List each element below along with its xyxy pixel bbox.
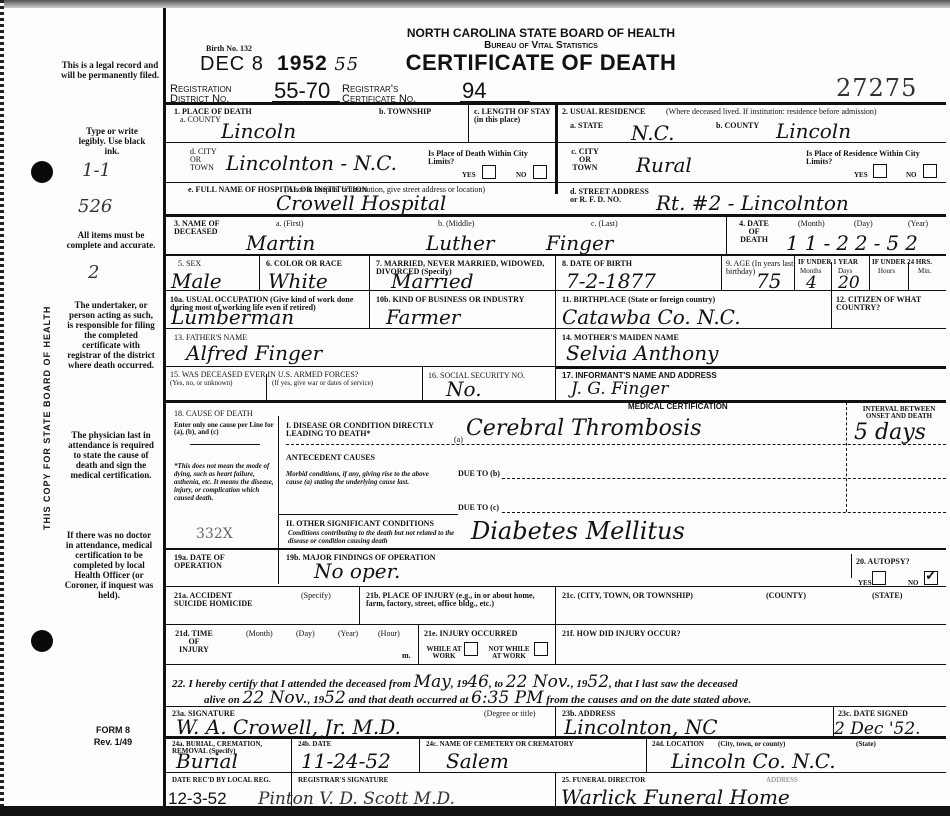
registrar-certificate-label: Registrar's Certificate No.: [342, 84, 416, 104]
divider: [369, 254, 370, 290]
interval-a-value: 5 days: [854, 422, 926, 444]
injury-not-at-work-checkbox[interactable]: [534, 642, 548, 656]
death-within-city-label: Is Place of Death Within City Limits?: [428, 150, 552, 166]
other-conditions-hint: Conditions contributing to the death but…: [288, 529, 468, 545]
residence-state-value: N.C.: [631, 122, 675, 144]
divider: [468, 102, 469, 142]
burial-location-label: 24d. LOCATION: [652, 741, 704, 748]
first-name-label: a. (First): [276, 220, 304, 228]
injury-state-label: (STATE): [872, 592, 902, 600]
no-label: NO: [516, 172, 527, 179]
no-label: NO: [906, 172, 917, 179]
divider: [166, 400, 946, 403]
degree-label: (Degree or title): [484, 710, 536, 718]
due-to-c-label: DUE TO (c): [458, 504, 499, 512]
death-certificate-page: This is a legal record and will be perma…: [0, 0, 950, 816]
margin-handwriting-2: 526: [78, 196, 112, 217]
residence-county-label: b. COUNTY: [716, 122, 759, 130]
certificate-title: CERTIFICATE OF DEATH: [391, 50, 691, 76]
armed-forces-service-hint: (If yes, give war or dates of service): [272, 380, 373, 387]
burial-date-value: 11-24-52: [301, 750, 391, 772]
hospital-value: Crowell Hospital: [276, 192, 446, 214]
residence-city-value: Rural: [636, 154, 692, 176]
divider: [555, 772, 556, 806]
antecedent-hint: Morbid conditions, if any, giving rise t…: [286, 470, 446, 486]
margin-handwriting-3: 2: [88, 262, 99, 283]
at-work-label: WHILE AT WORK: [424, 646, 464, 660]
registration-district-label: Registration District No.: [170, 84, 232, 104]
divider: [831, 290, 832, 328]
death-date-label: 4. DATE OF DEATH: [734, 220, 774, 244]
divider: [419, 736, 420, 772]
divider: [166, 142, 555, 143]
divider: [166, 328, 946, 329]
burial-date-label: 24b. DATE: [298, 741, 331, 748]
divider: [555, 586, 556, 664]
page-bottom-edge: [0, 806, 950, 816]
divider: [278, 416, 279, 548]
sex-value: Male: [171, 270, 222, 292]
cause-a-marker: (a): [454, 436, 463, 444]
divider: [794, 254, 795, 290]
divider: [555, 182, 946, 183]
last-name-label: c. (Last): [591, 220, 618, 228]
sex-label: 5. SEX: [178, 260, 201, 268]
due-to-b-label: DUE TO (b): [458, 470, 500, 478]
divider: [418, 624, 419, 664]
burial-state-label: (State): [856, 741, 876, 748]
date-signed-label: 23c. DATE SIGNED: [838, 710, 908, 718]
punch-hole-icon: [31, 161, 53, 183]
divider: [166, 254, 946, 256]
divider: [721, 254, 722, 290]
month-label: (Month): [798, 220, 825, 228]
other-conditions-label: II. OTHER SIGNIFICANT CONDITIONS: [286, 520, 434, 528]
death-within-city-no-checkbox[interactable]: [533, 165, 547, 179]
divider: [166, 706, 946, 707]
margin-handwriting-1: 1-1: [82, 160, 111, 181]
informant-value: J. G. Finger: [571, 378, 668, 400]
citizenship-label: 12. CITIZEN OF WHAT COUNTRY?: [836, 296, 946, 312]
burial-location-value: Lincoln Co. N.C.: [671, 750, 836, 772]
place-of-injury-label: 21b. PLACE OF INJURY (e.g., in or about …: [366, 592, 546, 608]
business-label: 10b. KIND OF BUSINESS OR INDUSTRY: [376, 296, 556, 304]
medical-certification-title: MEDICAL CERTIFICATION: [628, 403, 728, 411]
county-label: a. COUNTY: [180, 116, 221, 124]
death-city-value: Lincolnton - N.C.: [226, 152, 397, 174]
funeral-director-label: 25. FUNERAL DIRECTOR: [562, 777, 645, 784]
father-name-value: Alfred Finger: [186, 342, 322, 364]
injury-county-label: (COUNTY): [766, 592, 806, 600]
death-time-value: 6:35 PM: [471, 688, 543, 708]
birthplace-value: Catawba Co. N.C.: [562, 306, 741, 328]
divider: [851, 554, 852, 578]
divider: [422, 366, 423, 400]
stamp-year: 1952: [277, 52, 328, 75]
hours-label: Hours: [878, 268, 895, 275]
divider: [166, 214, 946, 217]
under-1-year-label: IF UNDER 1 YEAR: [798, 259, 858, 266]
legal-record-note: This is a legal record and will be perma…: [60, 60, 160, 80]
birthplace-label: 11. BIRTHPLACE (State or foreign country…: [562, 296, 715, 304]
type-legibly-note: Type or write legibly. Use black ink.: [72, 126, 152, 156]
deceased-last-name: Finger: [546, 232, 613, 254]
certificate-form: Birth No. 132 DEC 8 1952 55 NORTH CAROLI…: [163, 8, 943, 806]
stamp-suffix: 55: [334, 54, 359, 75]
not-at-work-label: NOT WHILE AT WORK: [486, 646, 532, 660]
disease-label: I. DISEASE OR CONDITION DIRECTLY LEADING…: [286, 422, 456, 438]
form-id: FORM 8: [88, 724, 138, 736]
marital-status-value: Married: [391, 270, 474, 292]
armed-forces-hint: (Yes, no, or unknown): [170, 380, 232, 387]
specify-label: (Specify): [301, 592, 331, 600]
dob-label: 8. DATE OF BIRTH: [562, 260, 632, 268]
township-label: b. TOWNSHIP: [379, 108, 431, 116]
divider: [369, 290, 370, 328]
divider: [190, 444, 260, 445]
divider: [166, 182, 555, 183]
board-name: NORTH CAROLINA STATE BOARD OF HEALTH: [391, 26, 691, 40]
injury-type-label: 21a. ACCIDENT SUICIDE HOMICIDE: [174, 592, 254, 608]
death-county-value: Lincoln: [221, 120, 296, 142]
divider: [869, 254, 870, 290]
how-injury-occurred-label: 21f. HOW DID INJURY OCCUR?: [562, 630, 681, 638]
physician-signature: W. A. Crowell, Jr. M.D.: [176, 716, 401, 738]
operation-findings-value: No oper.: [314, 560, 400, 582]
divider: [555, 254, 556, 290]
residence-city-label: c. CITY OR TOWN: [570, 148, 600, 172]
time-of-injury-label: 21d. TIME OF INJURY: [174, 630, 214, 654]
received-date-stamp: DEC 8 1952 55: [200, 52, 359, 76]
burial-location-hint: (City, town, or county): [718, 741, 785, 748]
age-years-value: 75: [756, 270, 781, 292]
divider: [259, 254, 260, 290]
divider: [166, 772, 946, 773]
residence-within-city-yes-checkbox[interactable]: [873, 164, 887, 178]
divider: [555, 142, 946, 143]
complete-accurate-note: All items must be complete and accurate.: [66, 230, 156, 250]
divider: [726, 214, 727, 254]
divider: [166, 624, 946, 625]
divider: [278, 548, 279, 584]
funeral-director-value: Warlick Funeral Home: [561, 786, 790, 808]
month-label: (Month): [246, 630, 273, 638]
divider: [266, 374, 267, 400]
street-address-label: d. STREET ADDRESS or R. F. D. NO.: [570, 188, 650, 204]
alive-on-year: 52: [324, 688, 346, 708]
middle-name-label: b. (Middle): [438, 220, 474, 228]
residence-state-label: a. STATE: [570, 122, 603, 130]
operation-date-label: 19a. DATE OF OPERATION: [174, 554, 274, 570]
cause-code: 332X: [196, 526, 233, 542]
usual-residence-hint: (Where deceased lived. If institution: r…: [666, 108, 877, 116]
injury-at-work-checkbox[interactable]: [464, 642, 478, 656]
injury-city-label: 21c. (CITY, TOWN, OR TOWNSHIP): [562, 592, 693, 600]
cemetery-value: Salem: [446, 750, 509, 772]
year-label: (Year): [338, 630, 358, 638]
cause-b-line: [502, 478, 946, 479]
cause-c-line: [502, 512, 946, 513]
undertaker-note: The undertaker, or person acting as such…: [66, 300, 156, 370]
disposition-value: Burial: [176, 750, 238, 772]
ssn-value: No.: [446, 378, 482, 400]
hour-label: (Hour): [378, 630, 400, 638]
form-number: FORM 8 Rev. 1/49: [88, 724, 138, 748]
page-top-edge: [0, 0, 950, 8]
divider: [908, 262, 909, 290]
day-label: (Day): [854, 220, 873, 228]
physician-note: The physician last in attendance is requ…: [66, 430, 156, 480]
dob-value: 7-2-1877: [566, 270, 656, 292]
antecedent-causes-label: ANTECEDENT CAUSES: [286, 454, 375, 462]
date-received-label: DATE REC'D BY LOCAL REG.: [172, 777, 282, 784]
divider: [846, 402, 847, 512]
cause-a-value: Cerebral Thrombosis: [466, 418, 702, 440]
mother-name-value: Selvia Anthony: [566, 342, 718, 364]
state-board-copy-label: THIS COPY FOR STATE BOARD OF HEALTH: [42, 306, 52, 530]
autopsy-yes-checkbox[interactable]: [872, 571, 886, 585]
usual-residence-label: 2. USUAL RESIDENCE: [562, 108, 645, 116]
deceased-name-label: 3. NAME OF DECEASED: [174, 220, 234, 236]
punch-hole-icon: [31, 630, 53, 652]
length-of-stay-label: c. LENGTH OF STAY (in this place): [474, 108, 552, 124]
death-within-city-yes-checkbox[interactable]: [482, 165, 496, 179]
occupation-value: Lumberman: [171, 306, 294, 328]
divider: [646, 736, 647, 772]
deceased-middle-name: Luther: [426, 232, 494, 254]
city-label: d. CITY OR TOWN: [190, 148, 220, 172]
form-revision: Rev. 1/49: [88, 736, 138, 748]
residence-within-city-no-checkbox[interactable]: [923, 164, 937, 178]
street-address-value: Rt. #2 - Lincolnton: [656, 192, 849, 214]
yes-label: YES: [462, 172, 476, 179]
race-label: 6. COLOR OR RACE: [266, 260, 342, 268]
divider: [555, 706, 556, 736]
race-value: White: [268, 270, 328, 292]
divider: [831, 262, 832, 290]
cause-of-death-label: 18. CAUSE OF DEATH: [174, 410, 253, 418]
divider: [359, 586, 360, 624]
alive-on-value: 22 Nov.: [243, 688, 308, 708]
cemetery-label: 24c. NAME OF CEMETERY OR CREMATORY: [426, 741, 574, 748]
divider: [555, 102, 558, 194]
deceased-first-name: Martin: [246, 232, 315, 254]
day-label: (Day): [296, 630, 315, 638]
perforated-edge: [0, 0, 4, 816]
physician-address-value: Lincolnton, NC: [564, 716, 718, 738]
divider: [166, 586, 946, 587]
stamp-date: DEC 8: [200, 53, 264, 75]
year-label: (Year): [908, 220, 928, 228]
yes-label: YES: [854, 172, 868, 179]
state-file-number: 27275: [836, 74, 917, 102]
divider: [286, 444, 946, 445]
death-date-value: 11-22-52: [786, 232, 924, 254]
funeral-address-label: ADDRESS: [766, 777, 798, 784]
business-value: Farmer: [386, 306, 460, 328]
other-conditions-value: Diabetes Mellitus: [471, 520, 685, 542]
divider: [555, 290, 556, 400]
autopsy-no-checkbox[interactable]: [924, 571, 938, 585]
residence-county-value: Lincoln: [776, 120, 851, 142]
registrar-signature-label: REGISTRAR'S SIGNATURE: [298, 777, 388, 784]
divider: [555, 366, 946, 369]
board-header: NORTH CAROLINA STATE BOARD OF HEALTH Bur…: [391, 26, 691, 76]
no-doctor-note: If there was no doctor in attendance, me…: [64, 530, 154, 600]
divider: [166, 736, 946, 739]
divider: [166, 548, 946, 550]
divider: [291, 736, 292, 772]
divider: [166, 664, 946, 665]
under-24-hours-label: IF UNDER 24 HRS.: [872, 259, 932, 266]
minutes-label: Min.: [918, 268, 931, 275]
divider: [166, 290, 946, 291]
injury-occurred-label: 21e. INJURY OCCURRED: [424, 630, 517, 638]
certification-statement-line-2: alive on 22 Nov., 1952 and that death oc…: [204, 688, 751, 708]
autopsy-label: 20. AUTOPSY?: [856, 558, 910, 566]
interval-label: INTERVAL BETWEEN ONSET AND DEATH: [852, 406, 946, 420]
am-pm-label: m.: [402, 652, 411, 660]
cause-hint: Enter only one cause per Line for (a), (…: [174, 422, 274, 436]
cause-footnote: *This does not mean the mode of dying, s…: [174, 462, 274, 502]
armed-forces-label: 15. WAS DECEASED EVER IN U.S. ARMED FORC…: [170, 371, 358, 379]
divider: [278, 514, 458, 515]
